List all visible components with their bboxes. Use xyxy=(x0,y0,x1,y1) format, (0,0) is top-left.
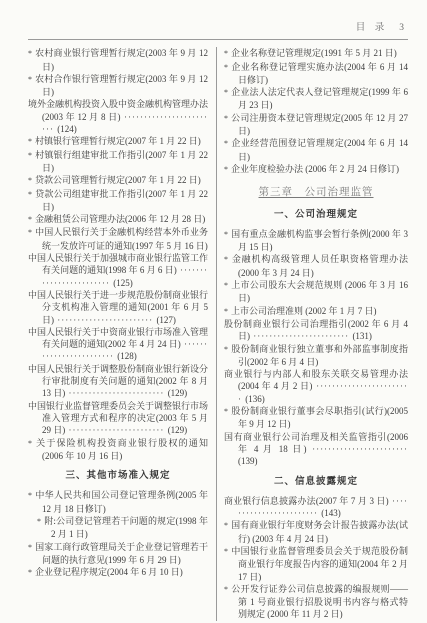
star-marker: * xyxy=(28,215,35,224)
section-heading: 三、其他市场准入规定 xyxy=(28,470,208,482)
entry-title: 金融租赁公司管理办法(2006 年 12 月 28 日) xyxy=(35,214,205,224)
entry-page-number: (127) xyxy=(156,315,176,325)
entry-page-number: (131) xyxy=(352,331,372,341)
entry-title: 国家工商行政管理局关于企业登记管理若干问题的执行意见(1999 年 6 月 29… xyxy=(35,542,208,565)
toc-entry: *国有商业银行年度财务会计报告披露办法(试行) (2003 年 4 月 24 日… xyxy=(224,519,408,545)
toc-entry: 中国人民银行关于中资商业银行市场准入管理有关问题的通知(2002 年 4 月 2… xyxy=(28,326,208,363)
toc-entry: *中国银行业监督管理委员会关于规范股份制商业银行年度报告内容的通知(2004 年… xyxy=(224,545,408,583)
star-marker: * xyxy=(224,407,231,416)
dot-leader: ························ xyxy=(65,425,167,435)
star-marker: * xyxy=(224,139,231,148)
toc-entry: *公开发行证券公司信息披露的编报规则——第 1 号商业银行招股说明书内容与格式特… xyxy=(224,583,408,621)
entry-title: 中华人民共和国公司登记管理条例(2005 年 12 月 18 日修订) xyxy=(35,490,208,513)
entry-title: 股份制商业银行独立董事和外部监事制度指引(2002 年 6 月 4 日) xyxy=(231,344,408,367)
toc-entry: *国有重点金融机构监事会暂行条例(2000 年 3 月 15 日) xyxy=(224,228,408,254)
toc-entry: *企业登记程序规定(2004 年 6 月 10 日) xyxy=(28,566,208,579)
dot-leader: ························ xyxy=(250,331,352,341)
toc-entry: *附:公司登记管理若干问题的规定(1998 年 2 月 1 日) xyxy=(37,515,208,541)
toc-columns: *农村商业银行管理暂行规定(2003 年 9 月 12 日)*农村合作银行管理暂… xyxy=(28,47,408,620)
entry-title: 企业名称登记管理规定(1991 年 5 月 21 日) xyxy=(231,48,397,58)
dot-leader: ························ xyxy=(54,315,156,325)
chapter-heading: 第三章 公司治理监管 xyxy=(224,187,408,199)
toc-entry: *中国人民银行关于金融机构经营本外币业务统一发放许可证的通知(1997 年 5 … xyxy=(28,226,208,252)
star-marker: * xyxy=(28,176,35,185)
header-page-number: 3 xyxy=(399,22,404,34)
entry-title: 企业登记程序规定(2004 年 6 月 10 日) xyxy=(35,567,183,577)
star-marker: * xyxy=(224,547,231,556)
toc-entry: *贷款公司组建审批工作指引(2007 年 1 月 22 日) xyxy=(28,188,208,214)
star-marker: * xyxy=(28,228,35,237)
toc-entry: *股份制商业银行董事会尽职指引(试行)(2005 年 9 月 12 日) xyxy=(224,405,408,431)
toc-entry: *贷款公司管理暂行规定(2007 年 1 月 22 日) xyxy=(28,174,208,187)
entry-title: 公开发行证券公司信息披露的编报规则——第 1 号商业银行招股说明书内容与格式特别… xyxy=(231,584,408,620)
entry-title: 农村合作银行管理暂行规定(2003 年 9 月 12 日) xyxy=(35,74,208,97)
entry-title: 村镇银行管理暂行规定(2007 年 1 月 22 日) xyxy=(35,136,201,146)
entry-title: 上市公司治理准则 (2002 年 1 月 7 日) xyxy=(231,306,377,316)
entry-title: 公司注册资本登记管理规定(2005 年 12 月 27 日) xyxy=(231,113,408,136)
entry-title: 村镇银行组建审批工作指引(2007 年 1 月 22 日) xyxy=(35,150,208,173)
toc-entry: 中国人民银行关于加强城市商业银行监管工作有关问题的通知(1998 年 6 月 6… xyxy=(28,252,208,289)
star-marker: * xyxy=(28,137,35,146)
entry-page-number: (125) xyxy=(113,278,133,288)
entry-title: 贷款公司管理暂行规定(2007 年 1 月 22 日) xyxy=(35,175,201,185)
entry-title: 商业银行信息披露办法(2007 年 7 月 3 日) xyxy=(224,496,389,506)
toc-column-left: *农村商业银行管理暂行规定(2003 年 9 月 12 日)*农村合作银行管理暂… xyxy=(28,47,208,620)
star-marker: * xyxy=(28,151,35,160)
toc-entry: 商业银行与内部人和股东关联交易管理办法(2004 年 4 月 2 日) ····… xyxy=(224,368,408,405)
entry-page-number: (136) xyxy=(245,394,265,404)
entry-title: 贷款公司组建审批工作指引(2007 年 1 月 22 日) xyxy=(35,189,208,212)
entry-title: 企业法人法定代表人登记管理规定(1999 年 6 月 23 日) xyxy=(231,87,408,110)
toc-entry: 中国银行业监督管理委员会关于调整银行市场准入管理方式和程序的决定(2003 年 … xyxy=(28,400,208,437)
star-marker: * xyxy=(224,230,231,239)
entry-title: 金融机构高级管理人员任职资格管理办法(2000 年 3 月 24 日) xyxy=(231,254,408,277)
toc-entry: *中华人民共和国公司登记管理条例(2005 年 12 月 18 日修订) xyxy=(28,489,208,515)
toc-entry: *上市公司治理准则 (2002 年 1 月 7 日) xyxy=(224,305,408,318)
entry-title: 国有商业银行年度财务会计报告披露办法(试行) (2003 年 4 月 24 日) xyxy=(231,520,408,543)
star-marker: * xyxy=(224,88,231,97)
toc-entry: *企业经营范围登记管理规定(2004 年 6 月 14 日) xyxy=(224,137,408,163)
toc-entry: *关于保险机构投资商业银行股权的通知(2006 年 10 月 16 日) xyxy=(28,437,208,463)
entry-title: 上市公司股东大会规范规则 (2006 年 3 月 16 日) xyxy=(231,280,408,303)
star-marker: * xyxy=(28,75,35,84)
dot-leader: ························ xyxy=(65,388,167,398)
header-rule xyxy=(28,39,408,40)
star-marker: * xyxy=(28,439,35,448)
toc-entry: *企业年度检验办法 (2006 年 2 月 24 日修订) xyxy=(224,163,408,176)
entry-page-number: (129) xyxy=(168,425,188,435)
toc-entry: *国家工商行政管理局关于企业登记管理若干问题的执行意见(1999 年 6 月 2… xyxy=(28,541,208,567)
toc-entry: 商业银行信息披露办法(2007 年 7 月 3 日) ·············… xyxy=(224,495,408,520)
star-marker: * xyxy=(28,491,35,500)
star-marker: * xyxy=(28,543,35,552)
entry-page-number: (143) xyxy=(321,508,341,518)
toc-entry: *股份制商业银行独立董事和外部监事制度指引(2002 年 6 月 4 日) xyxy=(224,343,408,369)
star-marker: * xyxy=(224,255,231,264)
toc-entry: 股份制商业银行公司治理指引(2002 年 6 月 4 日) ··········… xyxy=(224,318,408,343)
star-marker: * xyxy=(224,521,231,530)
star-marker: * xyxy=(224,165,231,174)
toc-entry: *上市公司股东大会规范规则 (2006 年 3 月 16 日) xyxy=(224,279,408,305)
toc-entry: 境外金融机构投资入股中资金融机构管理办法(2003 年 12 月 8 日) ··… xyxy=(28,98,208,135)
star-marker: * xyxy=(224,585,231,594)
star-marker: * xyxy=(28,49,35,58)
entry-title: 农村商业银行管理暂行规定(2003 年 9 月 12 日) xyxy=(35,48,208,71)
entry-title: 中国银行业监督管理委员会关于规范股份制商业银行年度报告内容的通知(2004 年 … xyxy=(231,546,408,582)
section-heading: 二、信息披露规定 xyxy=(224,476,408,488)
toc-entry: *企业名称登记管理实施办法(2004 年 6 月 14 日修订) xyxy=(224,61,408,87)
entry-title: 国有重点金融机构监事会暂行条例(2000 年 3 月 15 日) xyxy=(231,229,408,252)
star-marker: * xyxy=(224,49,231,58)
entry-title: 股份制商业银行董事会尽职指引(试行)(2005 年 9 月 12 日) xyxy=(231,406,408,429)
entry-page-number: (139) xyxy=(238,456,258,466)
toc-entry: *农村商业银行管理暂行规定(2003 年 9 月 12 日) xyxy=(28,47,208,73)
star-marker: * xyxy=(37,517,44,526)
entry-page-number: (129) xyxy=(168,388,188,398)
star-marker: * xyxy=(224,114,231,123)
toc-page: 目 录 3 *农村商业银行管理暂行规定(2003 年 9 月 12 日)*农村合… xyxy=(0,0,427,623)
header-title: 目 录 xyxy=(356,22,385,34)
section-heading: 一、公司治理规定 xyxy=(224,209,408,221)
star-marker: * xyxy=(224,307,231,316)
entry-title: 企业经营范围登记管理规定(2004 年 6 月 14 日) xyxy=(231,138,408,161)
dot-leader: ························ xyxy=(307,444,408,454)
toc-column-right: *企业名称登记管理规定(1991 年 5 月 21 日)*企业名称登记管理实施办… xyxy=(217,47,408,620)
entry-title: 企业名称登记管理实施办法(2004 年 6 月 14 日修订) xyxy=(231,62,408,85)
entry-title: 附:公司登记管理若干问题的规定(1998 年 2 月 1 日) xyxy=(44,516,208,539)
toc-entry: *村镇银行组建审批工作指引(2007 年 1 月 22 日) xyxy=(28,149,208,175)
star-marker: * xyxy=(28,568,35,577)
entry-title: 企业年度检验办法 (2006 年 2 月 24 日修订) xyxy=(231,164,399,174)
page-header: 目 录 3 xyxy=(28,22,408,34)
toc-entry: *村镇银行管理暂行规定(2007 年 1 月 22 日) xyxy=(28,135,208,148)
toc-entry: *金融机构高级管理人员任职资格管理办法(2000 年 3 月 24 日) xyxy=(224,253,408,279)
star-marker: * xyxy=(224,63,231,72)
toc-entry: 中国人民银行关于调整股份制商业银行新设分行审批制度有关问题的通知(2002 年 … xyxy=(28,363,208,400)
entry-page-number: (128) xyxy=(117,351,137,361)
star-marker: * xyxy=(224,281,231,290)
star-marker: * xyxy=(224,345,231,354)
entry-title: 中国人民银行关于金融机构经营本外币业务统一发放许可证的通知(1997 年 5 月… xyxy=(35,227,208,250)
toc-entry: *金融租赁公司管理办法(2006 年 12 月 28 日) xyxy=(28,213,208,226)
toc-entry: *公司注册资本登记管理规定(2005 年 12 月 27 日) xyxy=(224,112,408,138)
toc-entry: 国有商业银行公司治理及相关监管指引(2006 年 4 月 18 日) ·····… xyxy=(224,431,408,468)
toc-entry: *农村合作银行管理暂行规定(2003 年 9 月 12 日) xyxy=(28,73,208,99)
toc-entry: 中国人民银行关于进一步规范股份制商业银行分支机构准入管理的通知(2001 年 6… xyxy=(28,289,208,326)
entry-page-number: (124) xyxy=(57,124,77,134)
toc-entry: *企业名称登记管理规定(1991 年 5 月 21 日) xyxy=(224,47,408,60)
entry-title: 关于保险机构投资商业银行股权的通知(2006 年 10 月 16 日) xyxy=(35,438,208,461)
toc-entry: *企业法人法定代表人登记管理规定(1999 年 6 月 23 日) xyxy=(224,86,408,112)
star-marker: * xyxy=(28,190,35,199)
